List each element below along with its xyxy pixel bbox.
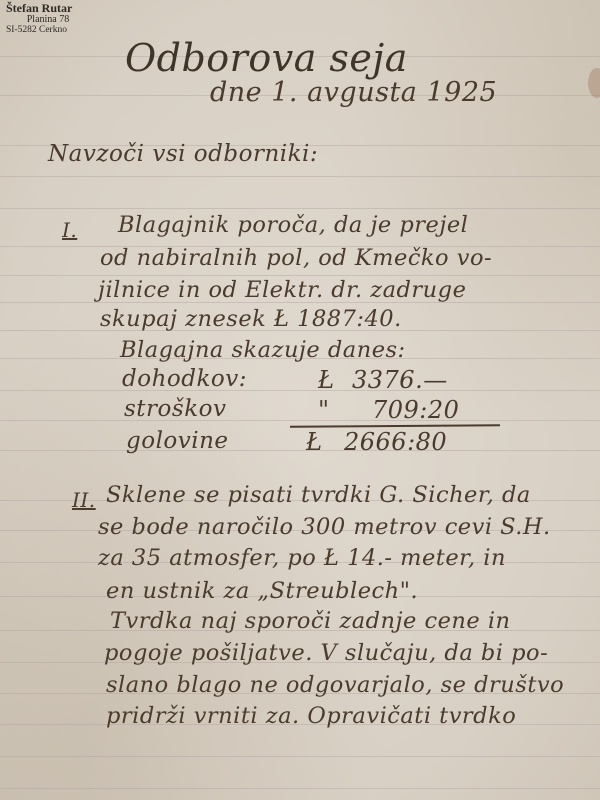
section-2-line: en ustnik za „Streublech". — [106, 578, 418, 604]
balance-label-expenses: stroškov — [124, 396, 226, 422]
stamp-name: Štefan Rutar — [6, 3, 90, 14]
document-title: Odborova seja — [125, 36, 408, 80]
balance-currency-income: Ł — [318, 366, 335, 394]
section-2-line: Sklene se pisati tvrdki G. Sicher, da — [106, 482, 531, 508]
section-number-2: II. — [72, 488, 96, 512]
ruled-line — [0, 450, 600, 451]
section-2-line: za 35 atmosfer, po Ł 14.- meter, in — [98, 545, 506, 571]
ruled-line — [0, 275, 600, 276]
ruled-line — [0, 420, 600, 421]
stamp-street: Planina 78 — [6, 14, 90, 25]
ruled-line — [0, 788, 600, 789]
attendance-line: Navzoči vsi odborniki: — [48, 141, 318, 167]
balance-amount-expenses: 709:20 — [372, 396, 459, 424]
stamp-city: SI-5282 Cerkno — [6, 25, 90, 36]
address-stamp: Štefan Rutar Planina 78 SI-5282 Cerkno — [6, 3, 90, 36]
section-2-line: pridrži vrniti za. Opravičati tvrdko — [106, 703, 516, 729]
document-date: dne 1. avgusta 1925 — [210, 77, 497, 108]
balance-amount-cash: 2666:80 — [344, 428, 447, 456]
ruled-line — [0, 208, 600, 209]
section-2-line: Tvrdka naj sporoči zadnje cene in — [110, 608, 511, 634]
ruled-line — [0, 176, 600, 177]
paper-stain — [588, 68, 600, 98]
ruled-line — [0, 390, 600, 391]
section-2-line: pogoje pošiljatve. V slučaju, da bi po- — [104, 640, 548, 666]
section-1-line: skupaj znesek Ł 1887:40. — [100, 306, 402, 332]
section-1-line: od nabiralnih pol, od Kmečko vo- — [100, 245, 492, 271]
balance-heading: Blagajna skazuje danes: — [120, 337, 406, 363]
section-1-line: Blagajnik poroča, da je prejel — [118, 212, 468, 238]
section-1-line: jilnice in od Elektr. dr. zadruge — [98, 277, 466, 303]
balance-label-cash: golovine — [126, 428, 229, 454]
ruled-line — [0, 756, 600, 757]
section-2-line: se bode naročilo 300 metrov cevi S.H. — [98, 514, 551, 540]
section-2-line: slano blago ne odgovarjalo, se društvo — [106, 672, 564, 698]
balance-label-income: dohodkov: — [122, 366, 247, 392]
balance-currency-expenses: " — [318, 396, 330, 424]
balance-currency-cash: Ł — [306, 428, 323, 456]
balance-amount-income: 3376.— — [352, 366, 448, 394]
section-number-1: I. — [62, 218, 77, 242]
